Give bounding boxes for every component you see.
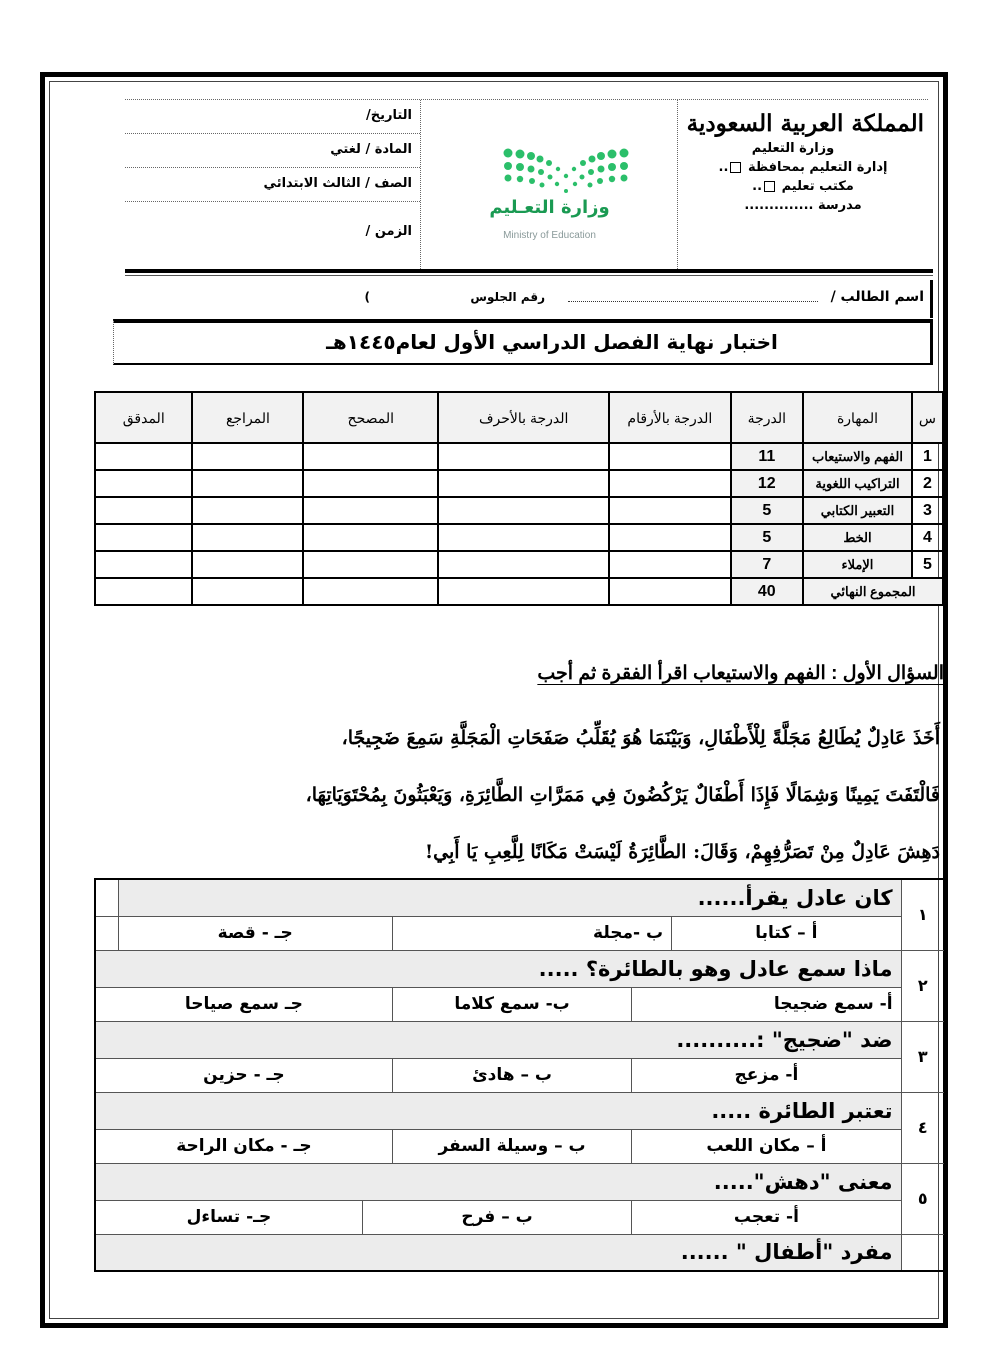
ministry-block: المملكة العربية السعودية وزارة التعليم إ… — [677, 100, 928, 271]
school-label: مدرسة .............. — [678, 198, 928, 213]
score-letters-cell[interactable] — [438, 578, 609, 605]
option-b[interactable]: ب – هادئ — [392, 1058, 631, 1092]
logo-english-text: Ministry of Education — [421, 230, 678, 241]
directorate-line: إدارة التعليم بمحافظة .. — [678, 160, 928, 175]
score-digits-cell[interactable] — [609, 578, 730, 605]
auditor-cell[interactable] — [95, 551, 192, 578]
header-divider-thin — [125, 275, 933, 276]
score-letters-cell[interactable] — [438, 470, 609, 497]
total-label: المجموع النهائي — [803, 578, 943, 605]
student-name-label: اسم الطالب / — [831, 289, 924, 305]
grader-cell[interactable] — [303, 470, 438, 497]
question-number: ٤ — [901, 1092, 945, 1163]
grades-header-row: س المهارة الدرجة الدرجة بالأرقام الدرجة … — [95, 392, 943, 443]
skill-name: الخط — [803, 524, 912, 551]
question-stem-row: ٣ ضد "ضجيج" :.......... — [95, 1021, 945, 1058]
grader-cell[interactable] — [303, 524, 438, 551]
col-header-score-letters: الدرجة بالأحرف — [438, 392, 609, 443]
auditor-cell[interactable] — [95, 470, 192, 497]
table-row: 2 التراكيب اللغوية 12 — [95, 470, 943, 497]
question-stem: معنى "دهش"..... — [95, 1163, 901, 1200]
subject-field: المادة / لغتي — [125, 134, 420, 168]
ministry-logo-icon — [421, 100, 678, 200]
exam-header: المملكة العربية السعودية وزارة التعليم إ… — [125, 99, 928, 270]
skill-name: التعبير الكتابي — [803, 497, 912, 524]
options-row: أ – مكان اللعب ب – وسيلة السفر جـ - مكان… — [95, 1129, 945, 1163]
question-stem: كان عادل يقرأ...... — [118, 879, 901, 916]
question-stem-row: ٤ تعتبر الطائرة ..... — [95, 1092, 945, 1129]
question-stem: ماذا سمع عادل وهو بالطائرة؟ ..... — [95, 950, 901, 987]
score-letters-cell[interactable] — [438, 443, 609, 470]
question-stem-row: ٢ ماذا سمع عادل وهو بالطائرة؟ ..... — [95, 950, 945, 987]
auditor-cell[interactable] — [95, 443, 192, 470]
skill-name: الفهم والاستيعاب — [803, 443, 912, 470]
option-c[interactable]: جـ سمع صياحا — [95, 987, 392, 1021]
options-row: أ- مزعج ب – هادئ جـ - حزين — [95, 1058, 945, 1092]
max-score: 11 — [731, 443, 804, 470]
logo-block: وزارة التعـليم Ministry of Education — [420, 100, 677, 271]
col-header-skill: المهارة — [803, 392, 912, 443]
score-digits-cell[interactable] — [609, 443, 730, 470]
question-stem-row: ١ كان عادل يقرأ...... — [95, 879, 945, 916]
col-header-grader: المصحح — [303, 392, 438, 443]
date-field[interactable]: التاريخ/ — [125, 100, 420, 134]
question-number — [901, 1234, 945, 1271]
row-number: 5 — [912, 551, 943, 578]
max-score: 5 — [731, 497, 804, 524]
student-info-row: اسم الطالب / رقم الجلوس ) — [125, 280, 933, 318]
option-c[interactable]: جـ - حزين — [95, 1058, 392, 1092]
mcq-table: ١ كان عادل يقرأ...... أ – كتابا ب -مجلة … — [94, 878, 946, 1272]
options-row: أ- سمع ضجيجا ب- سمع كلاما جـ سمع صياحا — [95, 987, 945, 1021]
option-a[interactable]: أ- سمع ضجيجا — [632, 987, 901, 1021]
auditor-cell[interactable] — [95, 578, 192, 605]
grade-field: الصف / الثالث الابتدائي — [125, 168, 420, 202]
grader-cell[interactable] — [303, 578, 438, 605]
option-c[interactable]: جـ - قصة — [118, 916, 392, 950]
empty-cell — [95, 916, 118, 950]
option-b[interactable]: ب – فرح — [362, 1200, 631, 1234]
col-header-auditor: المدقق — [95, 392, 192, 443]
skill-name: التراكيب اللغوية — [803, 470, 912, 497]
question-number: ٥ — [901, 1163, 945, 1234]
options-row: أ – كتابا ب -مجلة جـ - قصة — [95, 916, 945, 950]
max-score: 12 — [731, 470, 804, 497]
kingdom-title: المملكة العربية السعودية — [678, 110, 924, 137]
option-a[interactable]: أ – كتابا — [672, 916, 901, 950]
question-stem: تعتبر الطائرة ..... — [95, 1092, 901, 1129]
question-stem-row: مفرد "أطفال " ...... — [95, 1234, 945, 1271]
exam-title: اختبار نهاية الفصل الدراسي الأول لعام١٤٤… — [114, 330, 930, 354]
col-header-number: س — [912, 392, 943, 443]
col-header-reviewer: المراجع — [192, 392, 303, 443]
question-stem: ضد "ضجيج" :.......... — [95, 1021, 901, 1058]
option-b[interactable]: ب- سمع كلاما — [392, 987, 631, 1021]
exam-info-block: التاريخ/ المادة / لغتي الصف / الثالث الا… — [125, 100, 420, 271]
question-title: السؤال الأول : الفهم والاستيعاب اقرأ الف… — [537, 662, 944, 685]
student-name-field[interactable] — [568, 292, 818, 302]
row-number: 2 — [912, 470, 943, 497]
option-c[interactable]: جـ - مكان الراحة — [95, 1129, 392, 1163]
reading-passage: أَخَذَ عَادِلٌ يُطَالِعُ مَجَلَّةً لِلْأ… — [300, 710, 940, 881]
col-header-score-digits: الدرجة بالأرقام — [609, 392, 730, 443]
header-divider — [125, 269, 933, 273]
grades-table: س المهارة الدرجة الدرجة بالأرقام الدرجة … — [94, 391, 944, 606]
max-score: 7 — [731, 551, 804, 578]
office-checkbox[interactable] — [764, 181, 775, 192]
ministry-logo: وزارة التعـليم Ministry of Education — [421, 100, 678, 271]
option-a[interactable]: أ – مكان اللعب — [632, 1129, 901, 1163]
table-row: 1 الفهم والاستيعاب 11 — [95, 443, 943, 470]
empty-cell — [95, 879, 118, 916]
office-label: مكتب تعليم — [782, 179, 854, 194]
option-b[interactable]: ب – وسيلة السفر — [392, 1129, 631, 1163]
grader-cell[interactable] — [303, 551, 438, 578]
option-a[interactable]: أ- تعجب — [632, 1200, 901, 1234]
option-b[interactable]: ب -مجلة — [392, 916, 671, 950]
directorate-label: إدارة التعليم بمحافظة — [748, 160, 888, 175]
score-letters-cell[interactable] — [438, 497, 609, 524]
options-row: أ- تعجب ب – فرح جـ- تساءل — [95, 1200, 945, 1234]
score-letters-cell[interactable] — [438, 551, 609, 578]
col-header-score: الدرجة — [731, 392, 804, 443]
ministry-label: وزارة التعليم — [678, 141, 908, 156]
question-number: ٣ — [901, 1021, 945, 1092]
reviewer-cell[interactable] — [192, 470, 303, 497]
reviewer-cell[interactable] — [192, 443, 303, 470]
max-score: 5 — [731, 524, 804, 551]
auditor-cell[interactable] — [95, 497, 192, 524]
time-field[interactable]: الزمن / — [125, 202, 420, 269]
grader-cell[interactable] — [303, 497, 438, 524]
table-row: 3 التعبير الكتابي 5 — [95, 497, 943, 524]
row-number: 1 — [912, 443, 943, 470]
total-score: 40 — [731, 578, 804, 605]
exam-title-box: اختبار نهاية الفصل الدراسي الأول لعام١٤٤… — [113, 319, 933, 365]
row-number: 3 — [912, 497, 943, 524]
reviewer-cell[interactable] — [192, 497, 303, 524]
skill-name: الإملاء — [803, 551, 912, 578]
question-number: ٢ — [901, 950, 945, 1021]
score-digits-cell[interactable] — [609, 497, 730, 524]
table-row: 5 الإملاء 7 — [95, 551, 943, 578]
auditor-cell[interactable] — [95, 524, 192, 551]
directorate-checkbox[interactable] — [730, 162, 741, 173]
logo-arabic-text: وزارة التعـليم — [421, 197, 678, 218]
option-a[interactable]: أ- مزعج — [632, 1058, 901, 1092]
question-stem: مفرد "أطفال " ...... — [95, 1234, 901, 1271]
office-line: مكتب تعليم .. — [678, 179, 928, 194]
reviewer-cell[interactable] — [192, 578, 303, 605]
seat-number-field[interactable]: ) — [365, 290, 370, 304]
total-row: المجموع النهائي 40 — [95, 578, 943, 605]
seat-number-label: رقم الجلوس — [470, 290, 545, 304]
reviewer-cell[interactable] — [192, 551, 303, 578]
score-digits-cell[interactable] — [609, 524, 730, 551]
table-row: 4 الخط 5 — [95, 524, 943, 551]
question-number: ١ — [901, 879, 945, 950]
score-letters-cell[interactable] — [438, 524, 609, 551]
question-stem-row: ٥ معنى "دهش"..... — [95, 1163, 945, 1200]
reviewer-cell[interactable] — [192, 524, 303, 551]
grader-cell[interactable] — [303, 443, 438, 470]
option-c[interactable]: جـ- تساءل — [95, 1200, 362, 1234]
score-digits-cell[interactable] — [609, 551, 730, 578]
row-number: 4 — [912, 524, 943, 551]
score-digits-cell[interactable] — [609, 470, 730, 497]
